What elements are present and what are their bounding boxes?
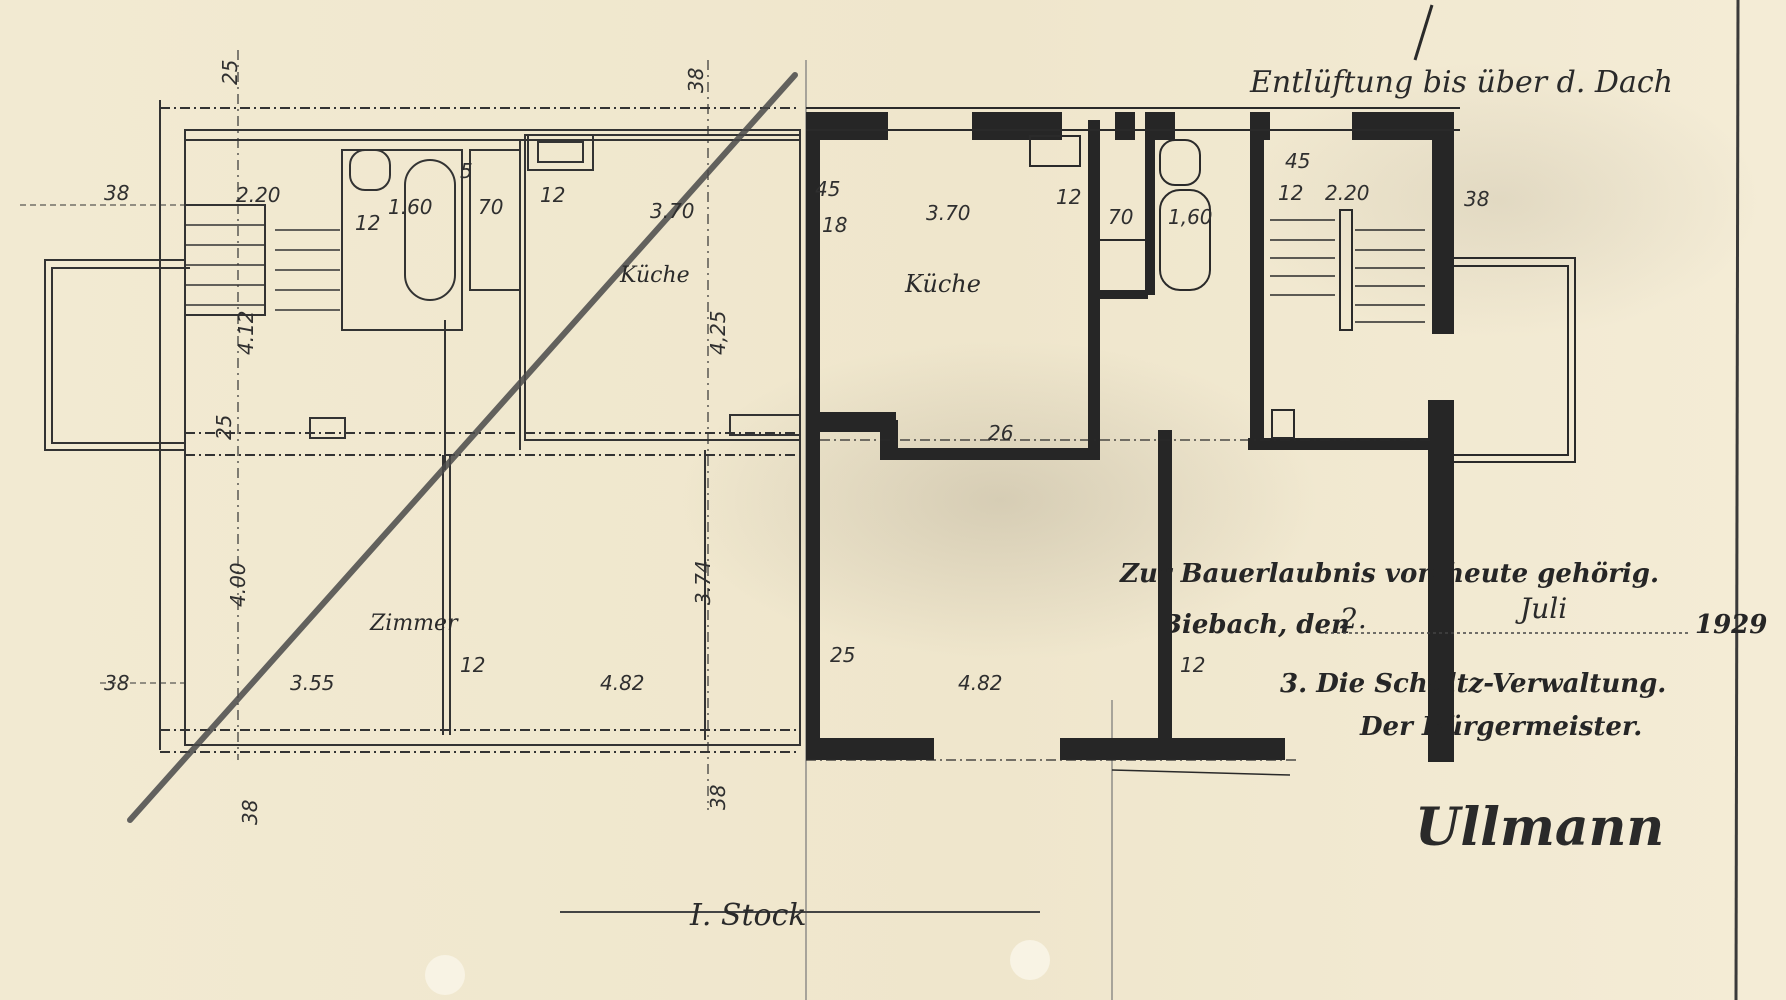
dim-wc-width: 70	[478, 195, 503, 219]
dim-span-right: 4.82	[600, 671, 645, 695]
paper-edge-line	[1736, 0, 1738, 1000]
dim-stair-depth: 4.12	[234, 310, 258, 355]
dim-wall-12: 12	[355, 211, 380, 235]
punch-hole	[1010, 940, 1050, 980]
dim-room-depth: 4.00	[226, 562, 250, 607]
room-width-kuche-left: 3.70	[650, 199, 695, 223]
punch-hole	[425, 955, 465, 995]
dim-span-left: 3.55	[290, 671, 335, 695]
dim-wall-12: 12	[540, 183, 565, 207]
dim-bottom-38: 38	[706, 785, 730, 810]
room-label-kuche-right: Küche	[904, 270, 981, 298]
dim-bottom-38: 38	[238, 800, 262, 825]
dim-wall-12: 12	[460, 653, 485, 677]
dim-wall-25: 25	[830, 643, 855, 667]
dim-kitchen-depth: 4,25	[706, 310, 730, 355]
dim-right: 38	[1464, 187, 1489, 211]
dim-bath-width: 1.60	[388, 195, 433, 219]
room-label-zimmer-left: Zimmer	[369, 611, 459, 636]
floor-label: I. Stock	[689, 898, 807, 933]
dim-bottom-left: 38	[104, 671, 129, 695]
dim-wc-width: 70	[1108, 205, 1133, 229]
dim-wall-12: 12	[1056, 185, 1081, 209]
dim-bath-width: 1,60	[1168, 205, 1213, 229]
dim-left: 38	[104, 181, 129, 205]
blueprint-sheet: 25 38 38 2.20 1.60 70 12 12 3.70 5 Küche…	[0, 0, 1786, 1000]
dim-top-right: 38	[684, 68, 708, 93]
dim-wall-5: 5	[460, 159, 473, 183]
dim-stair-width: 2.20	[236, 183, 281, 207]
stamp-month-handwritten: Juli	[1515, 592, 1567, 625]
dim-wall-12: 12	[1180, 653, 1205, 677]
left-plan	[20, 50, 800, 810]
dim-wall-45: 45	[815, 177, 840, 201]
dim-span: 4.82	[958, 671, 1003, 695]
pen-stroke	[1415, 5, 1432, 60]
stamp-year: 1929	[1695, 610, 1767, 640]
stamp-line-4: Der Bürgermeister.	[1359, 712, 1642, 742]
room-label-kuche-left: Küche	[619, 263, 690, 288]
stamp-place-date-prefix: Biebach, den	[1159, 610, 1350, 640]
top-handwritten-note: Entlüftung bis über d. Dach	[1249, 65, 1673, 100]
dim-wall-18: 18	[822, 213, 847, 237]
floor-plan-drawing: 25 38 38 2.20 1.60 70 12 12 3.70 5 Küche…	[0, 0, 1786, 1000]
room-width-kuche-right: 3.70	[926, 201, 971, 225]
mayor-signature: Ullmann	[1415, 797, 1664, 858]
stamp-line-3: 3. Die Schultz-Verwaltung.	[1280, 669, 1666, 699]
dim-top: 25	[218, 60, 242, 85]
stamp-line-1: Zur Bauerlaubnis von heute gehörig.	[1119, 559, 1659, 589]
dim-wall-25: 25	[212, 415, 236, 440]
dim-wall-26: 26	[988, 421, 1013, 445]
dim-stair-width: 2.20	[1325, 181, 1370, 205]
stamp-day-handwritten: 2.	[1339, 602, 1367, 635]
dim-room-depth-2: 3.74	[691, 560, 715, 605]
dim-wall-12: 12	[1278, 181, 1303, 205]
left-plan-labels: 25 38 38 2.20 1.60 70 12 12 3.70 5 Küche…	[104, 60, 730, 825]
dim-wall-45: 45	[1285, 149, 1310, 173]
